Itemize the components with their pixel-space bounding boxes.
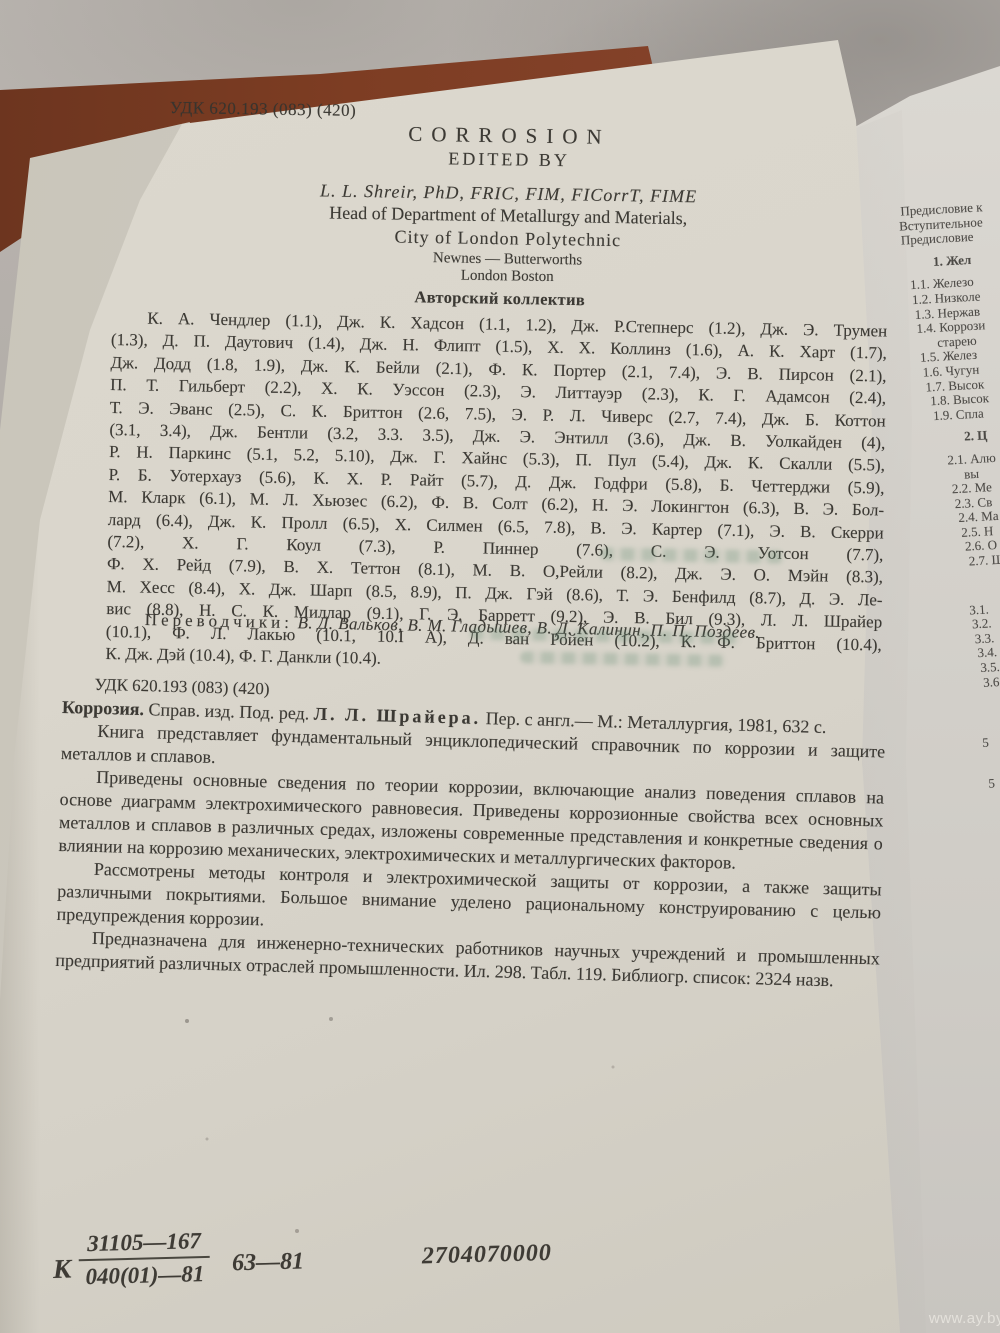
toc-chapter: 1. Жел	[933, 248, 1000, 269]
catalog-order-number: 2704070000	[422, 1240, 553, 1270]
photo-watermark: www.ay.by	[929, 1310, 1000, 1327]
catalog-letter: К	[53, 1254, 72, 1285]
catalog-fraction-denominator: 040(01)—81	[79, 1258, 211, 1290]
toc-item: 3.1.	[969, 598, 1000, 618]
title-block: CORROSION EDITED BY L. L. Shreir, PhD, F…	[187, 118, 829, 290]
annotation-block: УДК 620.193 (083) (420) Коррозия. Справ.…	[55, 672, 887, 993]
bib-mid: Справ. изд. Под. ред.	[144, 699, 314, 723]
toc-chapter: 2. Ц	[964, 425, 1000, 445]
toc-page-number: 5	[982, 731, 1000, 751]
toc-item: 3.5.	[980, 656, 1000, 676]
page-header: УДК 620.193 (083) (420) CORROSION EDITED…	[2, 0, 1000, 13]
paper-speckles	[0, 0, 2, 2]
bib-editor: Л. Л. Шрайера.	[314, 704, 482, 728]
catalog-middle-number: 63—81	[232, 1248, 305, 1277]
book-photo: { "page": { "udk_top": "УДК 620.193 (083…	[0, 0, 1000, 1333]
bib-title: Коррозия.	[62, 697, 145, 719]
translators-label: Переводчики:	[145, 610, 294, 632]
catalog-fraction: 31105—167 040(01)—81	[78, 1228, 210, 1290]
catalog-fraction-numerator: 31105—167	[78, 1228, 210, 1261]
toc-item: 2.1. Алю	[947, 447, 1000, 468]
toc-page-number: 5	[988, 772, 1000, 791]
